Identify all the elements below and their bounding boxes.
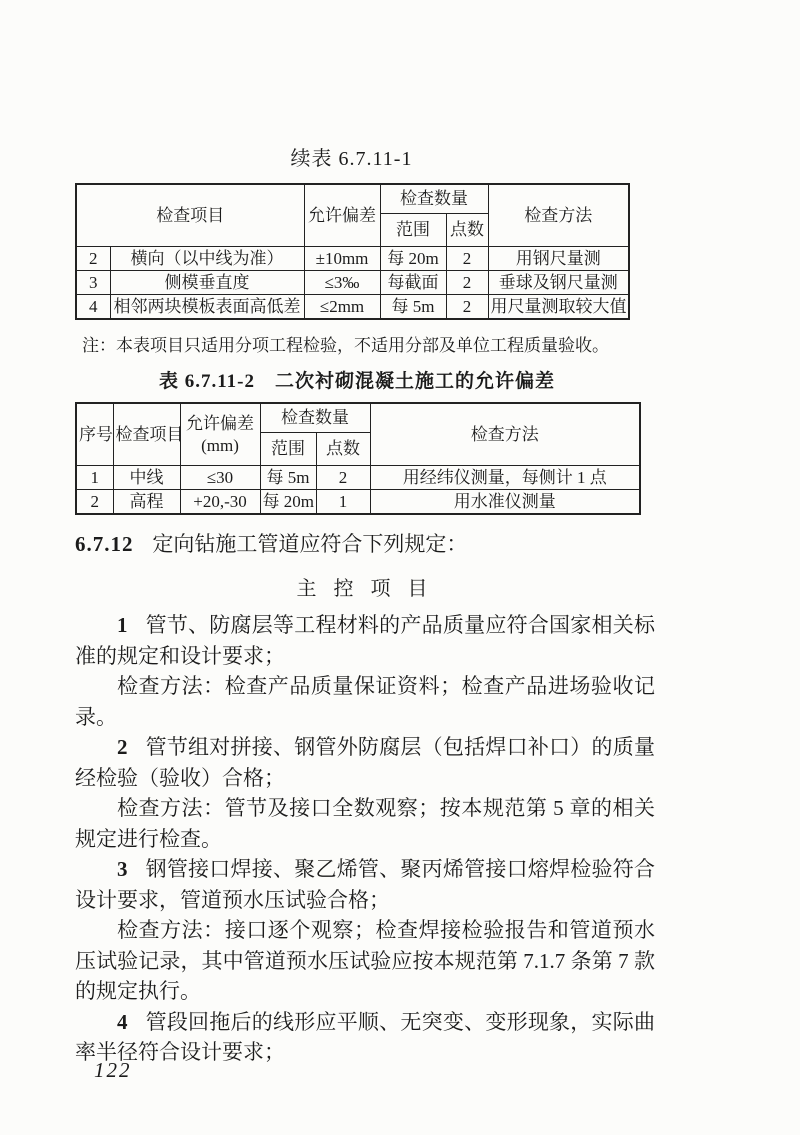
table1-cell-method: 用钢尺量测	[488, 246, 629, 270]
table1-header-item: 检查项目	[76, 184, 304, 246]
item-text: 管节组对拼接、钢管外防腐层（包括焊口补口）的质量经检验（验收）合格；	[75, 735, 655, 790]
table1-cell-tolerance: ±10mm	[304, 246, 380, 270]
table2-cell-item: 中线	[113, 465, 180, 489]
table1-cell-item: 相邻两块模板表面高低差	[110, 295, 304, 320]
content-column: 续表 6.7.11-1 检查项目 允许偏差 检查数量 检查方法 范围 点数 2	[75, 142, 655, 1068]
table1-cell-item: 侧模垂直度	[110, 270, 304, 294]
numbered-item: 1管节、防腐层等工程材料的产品质量应符合国家相关标准的规定和设计要求；	[75, 610, 655, 671]
method-paragraph: 检查方法：检查产品质量保证资料；检查产品进场验收记录。	[75, 671, 655, 732]
table2-header-row-1: 序号 检查项目 允许偏差 (mm) 检查数量 检查方法	[76, 403, 640, 432]
table2-cell-points: 1	[316, 490, 370, 515]
table2-cell-no: 1	[76, 465, 113, 489]
clause-title: 定向钻施工管道应符合下列规定：	[152, 532, 467, 556]
item-number: 4	[117, 1010, 128, 1034]
table1-cell-tolerance: ≤3‰	[304, 270, 380, 294]
item-text: 管节、防腐层等工程材料的产品质量应符合国家相关标准的规定和设计要求；	[75, 613, 655, 668]
page-number: 122	[94, 1058, 132, 1083]
table1-cell-range: 每 20m	[380, 246, 446, 270]
clause-body: 1管节、防腐层等工程材料的产品质量应符合国家相关标准的规定和设计要求； 检查方法…	[75, 610, 655, 1068]
table-row: 1 中线 ≤30 每 5m 2 用经纬仪测量，每侧计 1 点	[76, 465, 640, 489]
table1-cell-no: 2	[76, 246, 110, 270]
method-paragraph: 检查方法：管节及接口全数观察；按本规范第 5 章的相关规定进行检查。	[75, 793, 655, 854]
table1-header-points: 点数	[446, 213, 488, 246]
table2-cell-item: 高程	[113, 490, 180, 515]
table-row: 4 相邻两块模板表面高低差 ≤2mm 每 5m 2 用尺量测取较大值	[76, 295, 629, 320]
numbered-item: 3钢管接口焊接、聚乙烯管、聚丙烯管接口熔焊检验符合设计要求，管道预水压试验合格；	[75, 854, 655, 915]
table2-cell-range: 每 20m	[260, 490, 316, 515]
table1-cell-item: 横向（以中线为准）	[110, 246, 304, 270]
table1-cell-points: 2	[446, 270, 488, 294]
table2-cell-method: 用水准仪测量	[370, 490, 640, 515]
item-text: 检查方法：接口逐个观察；检查焊接检验报告和管道预水压试验记录，其中管道预水压试验…	[75, 918, 655, 1003]
item-text: 管段回拖后的线形应平顺、无突变、变形现象，实际曲率半径符合设计要求；	[75, 1010, 655, 1065]
table1-cell-tolerance: ≤2mm	[304, 295, 380, 320]
table1-header-row-1: 检查项目 允许偏差 检查数量 检查方法	[76, 184, 629, 213]
method-paragraph: 检查方法：接口逐个观察；检查焊接检验报告和管道预水压试验记录，其中管道预水压试验…	[75, 915, 655, 1007]
item-number: 1	[117, 613, 128, 637]
section-subheading: 主 控 项 目	[75, 572, 655, 601]
table2-cell-points: 2	[316, 465, 370, 489]
table1-cell-points: 2	[446, 295, 488, 320]
table1-cell-no: 3	[76, 270, 110, 294]
table2-header-no: 序号	[76, 403, 113, 465]
table1-header-tolerance: 允许偏差	[304, 184, 380, 246]
table2-header-tolerance-line1: 允许偏差	[183, 413, 258, 434]
table-row: 2 横向（以中线为准） ±10mm 每 20m 2 用钢尺量测	[76, 246, 629, 270]
table2-cell-tolerance: +20,-30	[180, 490, 260, 515]
item-text: 检查方法：管节及接口全数观察；按本规范第 5 章的相关规定进行检查。	[75, 796, 655, 851]
table2-cell-method: 用经纬仪测量，每侧计 1 点	[370, 465, 640, 489]
table-row: 3 侧模垂直度 ≤3‰ 每截面 2 垂球及钢尺量测	[76, 270, 629, 294]
table1-header-method: 检查方法	[488, 184, 629, 246]
table2-header-points: 点数	[316, 432, 370, 465]
table2-cell-range: 每 5m	[260, 465, 316, 489]
clause-heading: 6.7.12定向钻施工管道应符合下列规定：	[75, 529, 655, 559]
document-page: 续表 6.7.11-1 检查项目 允许偏差 检查数量 检查方法 范围 点数 2	[0, 0, 800, 1135]
table2-header-method: 检查方法	[370, 403, 640, 465]
table1-cell-method: 垂球及钢尺量测	[488, 270, 629, 294]
table2-header-quantity: 检查数量	[260, 403, 370, 432]
table2-header-range: 范围	[260, 432, 316, 465]
numbered-item: 2管节组对拼接、钢管外防腐层（包括焊口补口）的质量经检验（验收）合格；	[75, 732, 655, 793]
table1-cell-range: 每 5m	[380, 295, 446, 320]
item-number: 2	[117, 735, 128, 759]
item-text: 钢管接口焊接、聚乙烯管、聚丙烯管接口熔焊检验符合设计要求，管道预水压试验合格；	[75, 857, 655, 912]
clause-number: 6.7.12	[75, 532, 134, 556]
table1-cell-no: 4	[76, 295, 110, 320]
table2-cell-tolerance: ≤30	[180, 465, 260, 489]
table1: 检查项目 允许偏差 检查数量 检查方法 范围 点数 2 横向（以中线为准） ±1…	[75, 183, 630, 320]
table1-note: 注：本表项目只适用分项工程检验，不适用分部及单位工程质量验收。	[82, 331, 655, 356]
table1-title: 续表 6.7.11-1	[75, 142, 628, 171]
item-text: 检查方法：检查产品质量保证资料；检查产品进场验收记录。	[75, 674, 655, 729]
table1-cell-method: 用尺量测取较大值	[488, 295, 629, 320]
table2-header-tolerance-line2: (mm)	[183, 435, 258, 456]
table2: 序号 检查项目 允许偏差 (mm) 检查数量 检查方法 范围 点数 1 中线	[75, 402, 641, 515]
table2-header-item: 检查项目	[113, 403, 180, 465]
item-number: 3	[117, 857, 128, 881]
numbered-item: 4管段回拖后的线形应平顺、无突变、变形现象，实际曲率半径符合设计要求；	[75, 1007, 655, 1068]
table1-header-range: 范围	[380, 213, 446, 246]
table2-header-tolerance: 允许偏差 (mm)	[180, 403, 260, 465]
table1-header-quantity: 检查数量	[380, 184, 488, 213]
table1-cell-range: 每截面	[380, 270, 446, 294]
table1-cell-points: 2	[446, 246, 488, 270]
table2-title: 表 6.7.11-2 二次衬砌混凝土施工的允许偏差	[75, 366, 639, 393]
table2-cell-no: 2	[76, 490, 113, 515]
table-row: 2 高程 +20,-30 每 20m 1 用水准仪测量	[76, 490, 640, 515]
